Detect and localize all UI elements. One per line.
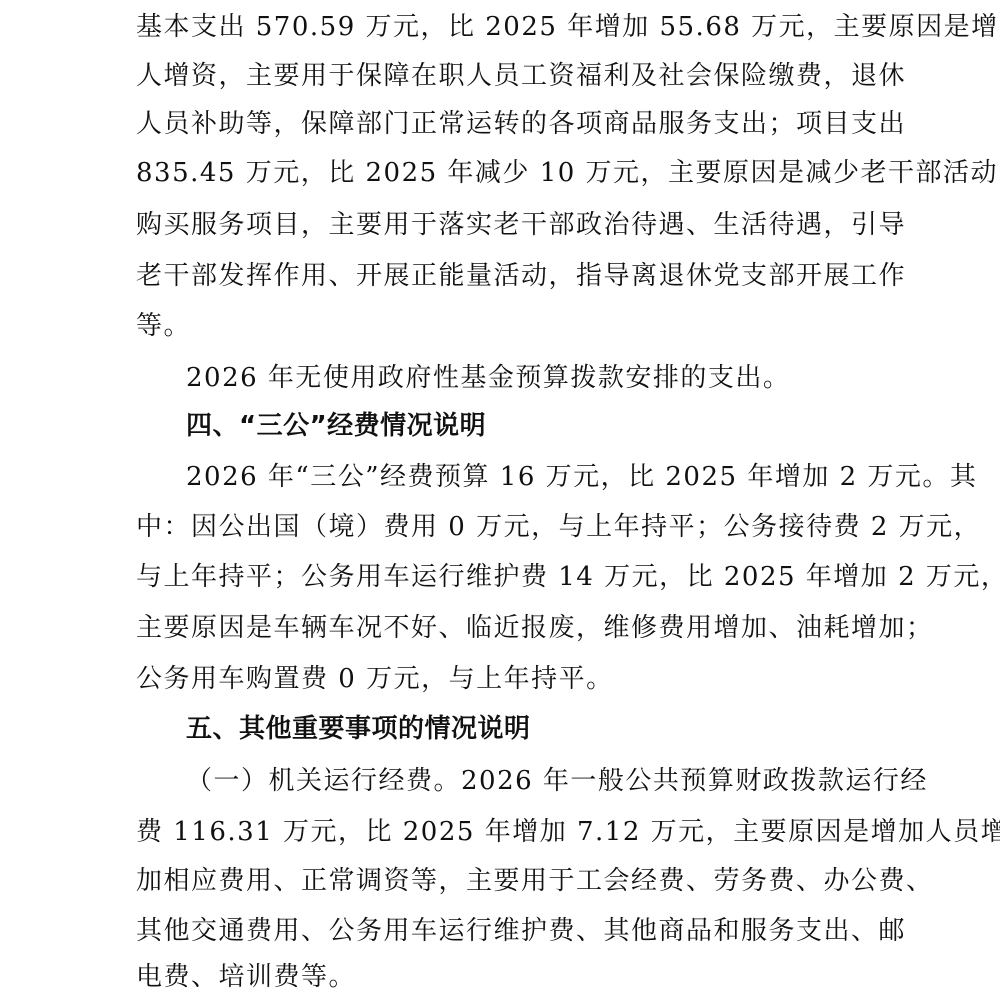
paragraph-line: 基本支出 570.59 万元，比 2025 年增加 55.68 万元，主要原因是… [136,10,999,44]
paragraph-line: 中：因公出国（境）费用 0 万元，与上年持平；公务接待费 2 万元， [136,510,981,544]
paragraph-line: 其他交通费用、公务用车运行维护费、其他商品和服务支出、邮 [136,914,906,948]
section-heading-4: 四、“三公”经费情况说明 [186,409,486,443]
paragraph-line: 人员补助等，保障部门正常运转的各项商品服务支出；项目支出 [136,107,906,141]
paragraph-line: 费 116.31 万元，比 2025 年增加 7.12 万元，主要原因是增加人员… [136,815,1000,849]
paragraph-line: 购买服务项目，主要用于落实老干部政治待遇、生活待遇，引导 [136,208,906,242]
paragraph-line: （一）机关运行经费。2026 年一般公共预算财政拨款运行经 [186,764,928,798]
paragraph-line: 电费、培训费等。 [136,960,356,994]
paragraph-line: 2026 年无使用政府性基金预算拨款安排的支出。 [186,361,790,395]
section-heading-5: 五、其他重要事项的情况说明 [186,712,531,746]
paragraph-line: 835.45 万元，比 2025 年减少 10 万元，主要原因是减少老干部活动 [136,156,998,190]
paragraph-line: 主要原因是车辆车况不好、临近报废，维修费用增加、油耗增加； [136,611,934,645]
paragraph-line: 老干部发挥作用、开展正能量活动，指导离退休党支部开展工作 [136,259,906,293]
paragraph-line: 加相应费用、正常调资等，主要用于工会经费、劳务费、办公费、 [136,864,934,898]
paragraph-line: 人增资，主要用于保障在职人员工资福利及社会保险缴费，退休 [136,59,906,93]
paragraph-line: 2026 年“三公”经费预算 16 万元，比 2025 年增加 2 万元。其 [186,460,977,494]
paragraph-line: 公务用车购置费 0 万元，与上年持平。 [136,662,614,696]
paragraph-line: 与上年持平；公务用车运行维护费 14 万元，比 2025 年增加 2 万元， [136,560,1000,594]
paragraph-line: 等。 [136,309,191,343]
